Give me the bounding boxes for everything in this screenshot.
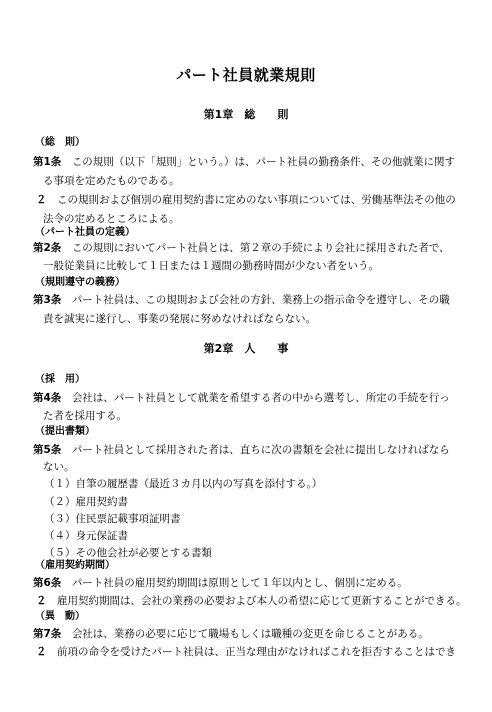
section-caption: （雇用契約期間） [35, 559, 115, 573]
article-text-continued: ない。 [43, 460, 75, 474]
list-item: （３）住民票記載事項証明書 [44, 512, 181, 526]
paragraph-label: ２ [36, 595, 47, 607]
section-caption: （異 動） [35, 610, 85, 624]
article-text-continued: た者を採用する。 [43, 409, 127, 423]
article-6: 第6条 パート社員の雇用契約期間は原則として１年以内とし、個別に定める。 [33, 576, 408, 590]
article-label: 第6条 [33, 577, 61, 589]
paragraph-2: ２ この規則および個別の雇用契約書に定めのない事項については、労働基準法その他の [36, 193, 456, 207]
section-caption: （パート社員の定義） [35, 226, 135, 240]
section-caption: （総 則） [35, 136, 85, 150]
chapter-1-heading: 第1章 総 則 [0, 106, 492, 122]
list-item: （２）雇用契約書 [44, 495, 128, 509]
paragraph-label: ２ [36, 646, 47, 658]
article-text-continued: る事項を定めたものである。 [43, 174, 180, 188]
article-label: 第4条 [33, 392, 61, 404]
paragraph-text: この規則および個別の雇用契約書に定めのない事項については、労働基準法その他の [57, 194, 456, 206]
paragraph-text-continued: 法令の定めるところによる。 [43, 212, 180, 226]
article-text: 会社は、業務の必要に応じて職場もしくは職種の変更を命じることがある。 [72, 628, 429, 640]
paragraph-label: ２ [36, 194, 47, 206]
paragraph-text: 雇用契約期間は、会社の業務の必要および本人の希望に応じて更新することができる。 [57, 595, 467, 607]
paragraph-text: 前項の命令を受けたパート社員は、正当な理由がなければこれを拒否することはでき [57, 646, 456, 658]
article-label: 第5条 [33, 444, 61, 456]
article-text: パート社員は、この規則および会社の方針、業務上の指示命令を遵守し、その職 [72, 294, 450, 306]
article-text-continued: 一般従業員に比較して１日または１週間の勤務時間が少ない者をいう。 [43, 259, 379, 273]
article-label: 第3条 [33, 294, 61, 306]
article-2: 第2条 この規則においてパート社員とは、第２章の手続により会社に採用された者で、 [33, 241, 450, 255]
paragraph-2: ２ 雇用契約期間は、会社の業務の必要および本人の希望に応じて更新することができる… [36, 594, 467, 608]
article-text: 会社は、パート社員として就業を希望する者の中から選考し、所定の手続を行っ [72, 392, 450, 404]
article-1: 第1条 この規則（以下「規則」という。）は、パート社員の勤務条件、その他就業に関… [33, 155, 455, 169]
chapter-2-heading: 第2章 人 事 [0, 340, 492, 356]
section-caption: （採 用） [35, 373, 85, 387]
article-text: この規則においてパート社員とは、第２章の手続により会社に採用された者で、 [72, 242, 450, 254]
article-text: この規則（以下「規則」という。）は、パート社員の勤務条件、その他就業に関す [72, 156, 455, 168]
list-item: （１）自筆の履歴書（最近３カ月以内の写真を添付する。） [44, 477, 322, 491]
article-label: 第7条 [33, 628, 61, 640]
paragraph-2: ２ 前項の命令を受けたパート社員は、正当な理由がなければこれを拒否することはでき [36, 645, 456, 659]
article-text: パート社員として採用された者は、直ちに次の書類を会社に提出しなければなら [72, 444, 450, 456]
article-7: 第7条 会社は、業務の必要に応じて職場もしくは職種の変更を命じることがある。 [33, 627, 429, 641]
document-title: パート社員就業規則 [0, 64, 492, 85]
article-text: パート社員の雇用契約期間は原則として１年以内とし、個別に定める。 [72, 577, 408, 589]
section-caption: （規則遵守の義務） [35, 276, 125, 290]
list-item: （５）その他会社が必要とする書類 [44, 546, 212, 560]
article-4: 第4条 会社は、パート社員として就業を希望する者の中から選考し、所定の手続を行っ [33, 391, 450, 405]
article-label: 第1条 [33, 156, 61, 168]
article-5: 第5条 パート社員として採用された者は、直ちに次の書類を会社に提出しなければなら [33, 443, 450, 457]
article-label: 第2条 [33, 242, 61, 254]
article-3: 第3条 パート社員は、この規則および会社の方針、業務上の指示命令を遵守し、その職 [33, 293, 450, 307]
list-item: （４）身元保証書 [44, 529, 128, 543]
section-caption: （提出書類） [35, 425, 95, 439]
article-text-continued: 責を誠実に遂行し、事業の発展に努めなければならない。 [43, 312, 316, 326]
